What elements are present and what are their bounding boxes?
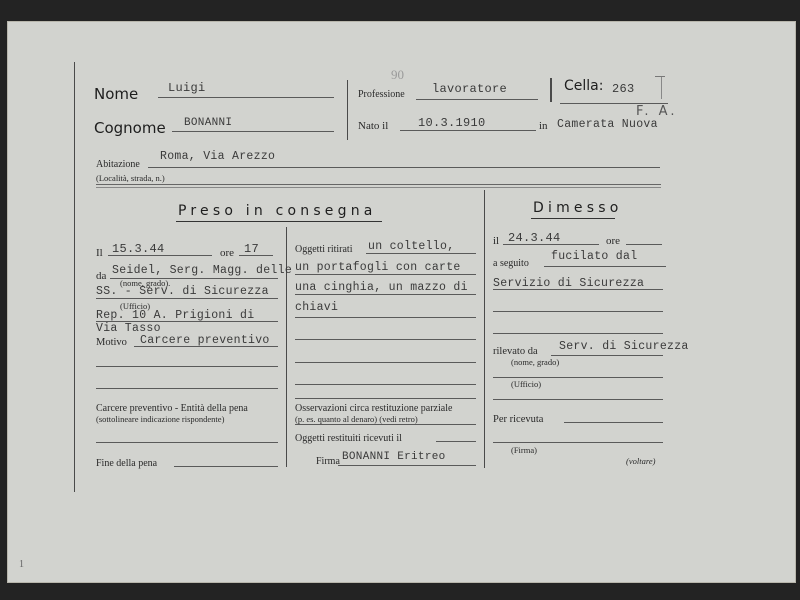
dimesso-blank-line-2 bbox=[493, 333, 663, 334]
margin-mark: 1 bbox=[19, 559, 24, 570]
preso-ufficio-underline bbox=[96, 298, 278, 299]
professione-value: lavoratore bbox=[432, 82, 507, 96]
preso-title: Preso in consegna bbox=[178, 203, 377, 219]
preso-pena-underline bbox=[96, 442, 278, 443]
preso-ore-value: 17 bbox=[244, 242, 259, 256]
dimesso-nome-grado-label: (nome, grado) bbox=[511, 357, 559, 367]
dimesso-title-underline bbox=[531, 218, 615, 219]
preso-title-underline bbox=[176, 221, 382, 222]
preso-pena-label: Carcere preventivo - Entità della pena bbox=[96, 403, 248, 414]
cella-mark-stem bbox=[661, 77, 662, 99]
abitazione-label: Abitazione bbox=[96, 159, 140, 170]
preso-ufficio-value-1: SS. - Serv. di Sicurezza bbox=[96, 285, 269, 298]
dimesso-ufficio-label: (Ufficio) bbox=[511, 379, 541, 389]
oggetti-line-0: un coltello, bbox=[368, 240, 454, 253]
dimesso-seguito-underline bbox=[544, 266, 666, 267]
nato-underline bbox=[400, 130, 536, 131]
oggetti-blank-line-2 bbox=[295, 362, 476, 363]
dimesso-ore-label: ore bbox=[606, 235, 620, 247]
oggetti-underline-1 bbox=[295, 274, 476, 275]
preso-il-value: 15.3.44 bbox=[112, 242, 165, 256]
registration-card: Nome Luigi Cognome BONANNI 90 Profession… bbox=[8, 22, 795, 582]
nato-label: Nato il bbox=[358, 120, 388, 132]
oggetti-firma-value: BONANNI Eritreo bbox=[342, 451, 446, 463]
nome-label: Nome bbox=[94, 85, 138, 103]
preso-fine-underline bbox=[174, 466, 278, 467]
oggetti-osservazioni-label: Osservazioni circa restituzione parziale bbox=[295, 403, 452, 414]
dimesso-il-label: il bbox=[493, 235, 499, 247]
section-rule-top bbox=[96, 184, 661, 185]
preso-ore-label: ore bbox=[220, 247, 234, 259]
professione-underline bbox=[416, 99, 538, 100]
dimesso-blank-line-1 bbox=[493, 311, 663, 312]
abitazione-underline bbox=[148, 167, 660, 168]
oggetti-restituiti-label: Oggetti restituiti ricevuti il bbox=[295, 433, 402, 444]
oggetti-blank-line-1 bbox=[295, 339, 476, 340]
oggetti-firma-underline bbox=[338, 465, 476, 466]
luogo-value: Camerata Nuova bbox=[557, 118, 658, 131]
preso-da-value: Seidel, Serg. Magg. delle bbox=[112, 264, 292, 277]
left-margin-line bbox=[74, 62, 75, 492]
oggetti-osservazioni-sublabel: (p. es. quanto al denaro) (vedi retro) bbox=[295, 414, 418, 424]
dimesso-blank-line-3 bbox=[493, 399, 663, 400]
column-divider-2 bbox=[484, 190, 485, 468]
cognome-value: BONANNI bbox=[184, 117, 232, 129]
oggetti-line-2: una cinghia, un mazzo di bbox=[295, 281, 468, 294]
professione-annotation: 90 bbox=[391, 67, 404, 83]
oggetti-underline-3 bbox=[295, 317, 476, 318]
cella-value: 263 bbox=[612, 82, 635, 96]
oggetti-firma-label: Firma bbox=[316, 456, 340, 467]
dimesso-rilevato-underline bbox=[551, 355, 663, 356]
dimesso-ricevuta-underline bbox=[564, 422, 663, 423]
dimesso-seguito-underline-2 bbox=[493, 289, 663, 290]
nato-value: 10.3.1910 bbox=[418, 116, 486, 130]
oggetti-underline-2 bbox=[295, 294, 476, 295]
dimesso-ufficio-underline bbox=[493, 377, 663, 378]
dimesso-seguito-label: a seguito bbox=[493, 258, 529, 269]
nome-underline bbox=[158, 97, 334, 98]
dimesso-ore-underline bbox=[626, 244, 662, 245]
section-rule-bottom bbox=[96, 187, 661, 188]
dimesso-title: Dimesso bbox=[533, 200, 622, 216]
nome-value: Luigi bbox=[168, 81, 206, 95]
oggetti-line-3: chiavi bbox=[295, 301, 338, 314]
professione-label: Professione bbox=[358, 89, 405, 100]
oggetti-blank-line-3 bbox=[295, 384, 476, 385]
oggetti-restituiti-underline bbox=[436, 441, 476, 442]
dimesso-firma-label: (Firma) bbox=[511, 445, 537, 455]
dimesso-rilevato-value: Serv. di Sicurezza bbox=[559, 340, 689, 353]
preso-blank-line-2 bbox=[96, 388, 278, 389]
abitazione-sublabel: (Località, strada, n.) bbox=[96, 173, 165, 183]
preso-blank-line-1 bbox=[96, 366, 278, 367]
preso-motivo-label: Motivo bbox=[96, 337, 127, 348]
column-divider-1 bbox=[286, 227, 287, 467]
cella-annotation: F. A. bbox=[636, 104, 677, 119]
cognome-underline bbox=[172, 131, 334, 132]
header-divider bbox=[347, 80, 348, 140]
dimesso-firma-underline bbox=[493, 442, 663, 443]
oggetti-ritirati-label: Oggetti ritirati bbox=[295, 244, 353, 255]
preso-da-label: da bbox=[96, 270, 106, 282]
dimesso-rilevato-label: rilevato da bbox=[493, 346, 538, 357]
cella-mark-top bbox=[655, 76, 665, 77]
dimesso-seguito-value-1: fucilato dal bbox=[551, 250, 637, 263]
cella-divider bbox=[550, 78, 552, 102]
oggetti-blank-line-4 bbox=[295, 398, 476, 399]
preso-il-label: Il bbox=[96, 247, 103, 259]
dimesso-ricevuta-label: Per ricevuta bbox=[493, 414, 543, 425]
oggetti-osservazioni-underline bbox=[295, 424, 476, 425]
cella-label: Cella: bbox=[564, 78, 603, 94]
oggetti-underline-0 bbox=[366, 253, 476, 254]
preso-pena-sublabel: (sottolineare indicazione rispondente) bbox=[96, 414, 224, 424]
preso-motivo-value: Carcere preventivo bbox=[140, 334, 270, 347]
dimesso-voltare-label: (voltare) bbox=[626, 456, 655, 466]
preso-fine-label: Fine della pena bbox=[96, 458, 157, 469]
abitazione-value: Roma, Via Arezzo bbox=[160, 150, 275, 163]
cognome-label: Cognome bbox=[94, 119, 166, 137]
in-label: in bbox=[539, 120, 548, 132]
dimesso-il-value: 24.3.44 bbox=[508, 231, 561, 245]
oggetti-line-1: un portafogli con carte bbox=[295, 261, 461, 274]
